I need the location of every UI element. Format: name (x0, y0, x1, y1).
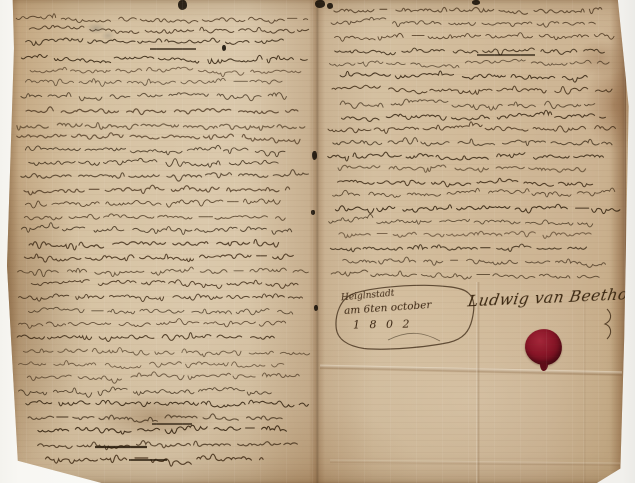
ink-blot (312, 151, 317, 160)
ink-blot (222, 45, 226, 51)
dateline-year: 1 8 0 2 (353, 317, 413, 331)
ink-blot (178, 0, 187, 10)
ink-blot (327, 3, 333, 9)
ink-blot (311, 210, 315, 215)
ink-blot (314, 305, 318, 311)
ink-blot (315, 0, 325, 8)
handwriting-emphasis-marks (95, 49, 535, 460)
handwriting-right-page (328, 7, 620, 279)
signature-flourish (597, 307, 617, 343)
handwriting-left-page (16, 14, 309, 466)
pencil-smudge (86, 20, 120, 44)
photo-backdrop: Heiglnstadt am 6ten october 1 8 0 2 Ludw… (0, 0, 635, 483)
handwriting (0, 0, 635, 483)
ink-blot (472, 0, 480, 5)
letter-paper: Heiglnstadt am 6ten october 1 8 0 2 Ludw… (0, 0, 635, 483)
